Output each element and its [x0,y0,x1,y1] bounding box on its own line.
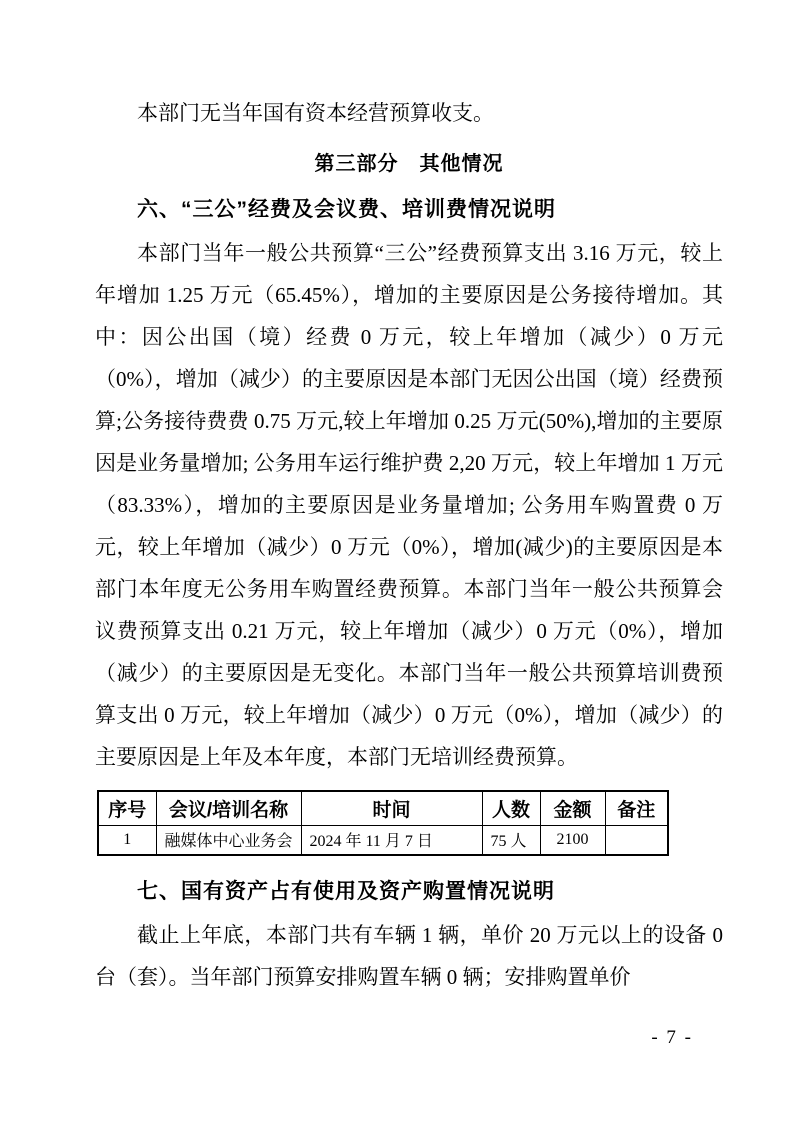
table-header-remarks: 备注 [605,791,668,825]
section-seven-heading: 七、国有资产占有使用及资产购置情况说明 [95,870,723,914]
table-header-meeting-name: 会议/培训名称 [156,791,301,825]
cell-time: 2024 年 11 月 7 日 [301,825,482,855]
table-header-amount: 金额 [540,791,605,825]
cell-amount: 2100 [540,825,605,855]
page-number: - 7 - [651,1026,693,1050]
table-header-row: 序号 会议/培训名称 时间 人数 金额 备注 [98,791,668,825]
section-seven-body: 截止上年底，本部门共有车辆 1 辆，单价 20 万元以上的设备 0 台（套）。当… [95,914,723,998]
cell-remarks [605,825,668,855]
section-six-body: 本部门当年一般公共预算“三公”经费预算支出 3.16 万元，较上年增加 1.25… [95,232,723,778]
part-three-heading: 第三部分 其他情况 [95,142,723,186]
meeting-training-table: 序号 会议/培训名称 时间 人数 金额 备注 1 融媒体中心业务会 2024 年… [97,790,669,856]
intro-paragraph: 本部门无当年国有资本经营预算收支。 [95,92,723,134]
section-six-heading: 六、“三公”经费及会议费、培训费情况说明 [95,188,723,232]
table-header-time: 时间 [301,791,482,825]
table-header-people-count: 人数 [482,791,540,825]
table-header-index: 序号 [98,791,156,825]
table-row: 1 融媒体中心业务会 2024 年 11 月 7 日 75 人 2100 [98,825,668,855]
cell-index: 1 [98,825,156,855]
document-page: 本部门无当年国有资本经营预算收支。 第三部分 其他情况 六、“三公”经费及会议费… [0,0,793,1122]
cell-people-count: 75 人 [482,825,540,855]
cell-meeting-name: 融媒体中心业务会 [156,825,301,855]
